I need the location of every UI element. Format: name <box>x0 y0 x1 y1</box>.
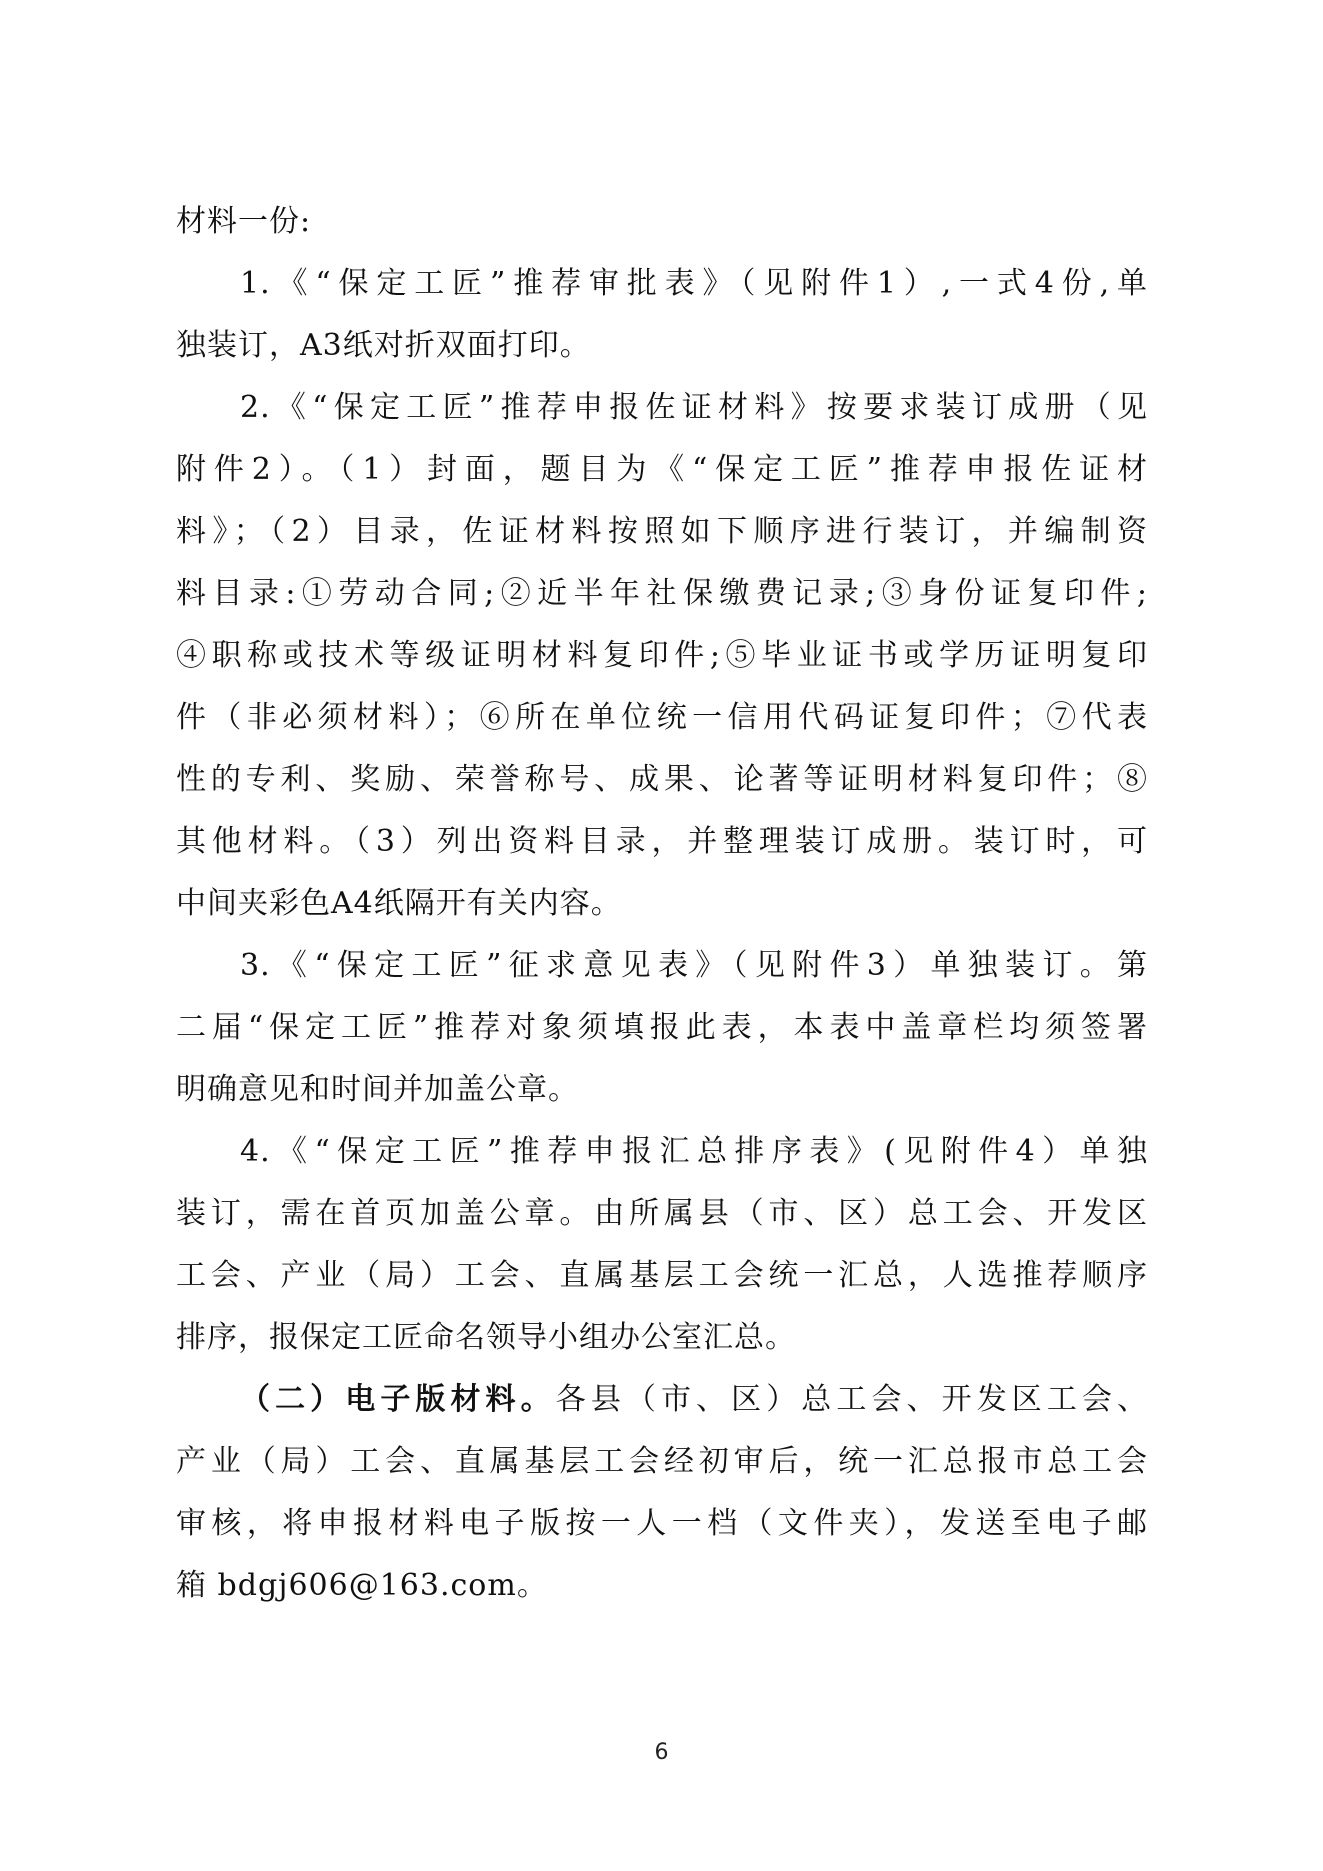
item-3-line: 3.《“保定工匠”征求意见表》（见附件3）单独装订。第 <box>240 935 1148 997</box>
item-2-line: 其他材料。（3）列出资料目录，并整理装订成册。装订时，可 <box>176 811 1148 873</box>
section-two-text: 各县（市、区）总工会、开发区工会、 <box>556 1382 1148 1417</box>
item-4-line: 排序，报保定工匠命名领导小组办公室汇总。 <box>176 1307 1148 1369</box>
item-2-line: 件（非必须材料）；⑥所在单位统一信用代码证复印件；⑦代表 <box>176 687 1148 749</box>
section-two-line: 审核，将申报材料电子版按一人一档（文件夹），发送至电子邮 <box>176 1493 1148 1555</box>
item-3-line: 二届“保定工匠”推荐对象须填报此表，本表中盖章栏均须签署 <box>176 997 1148 1059</box>
paragraph-line: 材料一份: <box>176 191 1148 253</box>
section-two-line: 产业（局）工会、直属基层工会经初审后，统一汇总报市总工会 <box>176 1431 1148 1493</box>
item-2-line: ④职称或技术等级证明材料复印件;⑤毕业证书或学历证明复印 <box>176 625 1148 687</box>
page-number: 6 <box>0 1740 1323 1765</box>
item-3-line: 明确意见和时间并加盖公章。 <box>176 1059 1148 1121</box>
section-two-heading: （二）电子版材料。 <box>240 1382 556 1417</box>
section-two-first-line: （二）电子版材料。各县（市、区）总工会、开发区工会、 <box>240 1369 1148 1431</box>
item-2-line: 2.《“保定工匠”推荐申报佐证材料》按要求装订成册（见 <box>240 377 1148 439</box>
document-page: 材料一份: 1.《“保定工匠”推荐审批表》（见附件1）,一式4份,单 独装订，A… <box>0 0 1323 1871</box>
item-4-line: 工会、产业（局）工会、直属基层工会统一汇总，人选推荐顺序 <box>176 1245 1148 1307</box>
item-4-line: 4.《“保定工匠”推荐申报汇总排序表》(见附件4）单独 <box>240 1121 1148 1183</box>
item-2-line: 性的专利、奖励、荣誉称号、成果、论著等证明材料复印件；⑧ <box>176 749 1148 811</box>
section-two-email-line: 箱 bdgj606@163.com。 <box>176 1555 1148 1617</box>
item-2-line: 料》；（2）目录，佐证材料按照如下顺序进行装订，并编制资 <box>176 501 1148 563</box>
item-2-line: 中间夹彩色A4纸隔开有关内容。 <box>176 873 1148 935</box>
item-2-line: 料目录:①劳动合同;②近半年社保缴费记录;③身份证复印件; <box>176 563 1148 625</box>
item-1-line: 独装订，A3纸对折双面打印。 <box>176 315 1148 377</box>
item-2-line: 附件2）。（1）封面，题目为《“保定工匠”推荐申报佐证材 <box>176 439 1148 501</box>
item-1-line: 1.《“保定工匠”推荐审批表》（见附件1）,一式4份,单 <box>240 253 1148 315</box>
item-4-line: 装订，需在首页加盖公章。由所属县（市、区）总工会、开发区 <box>176 1183 1148 1245</box>
